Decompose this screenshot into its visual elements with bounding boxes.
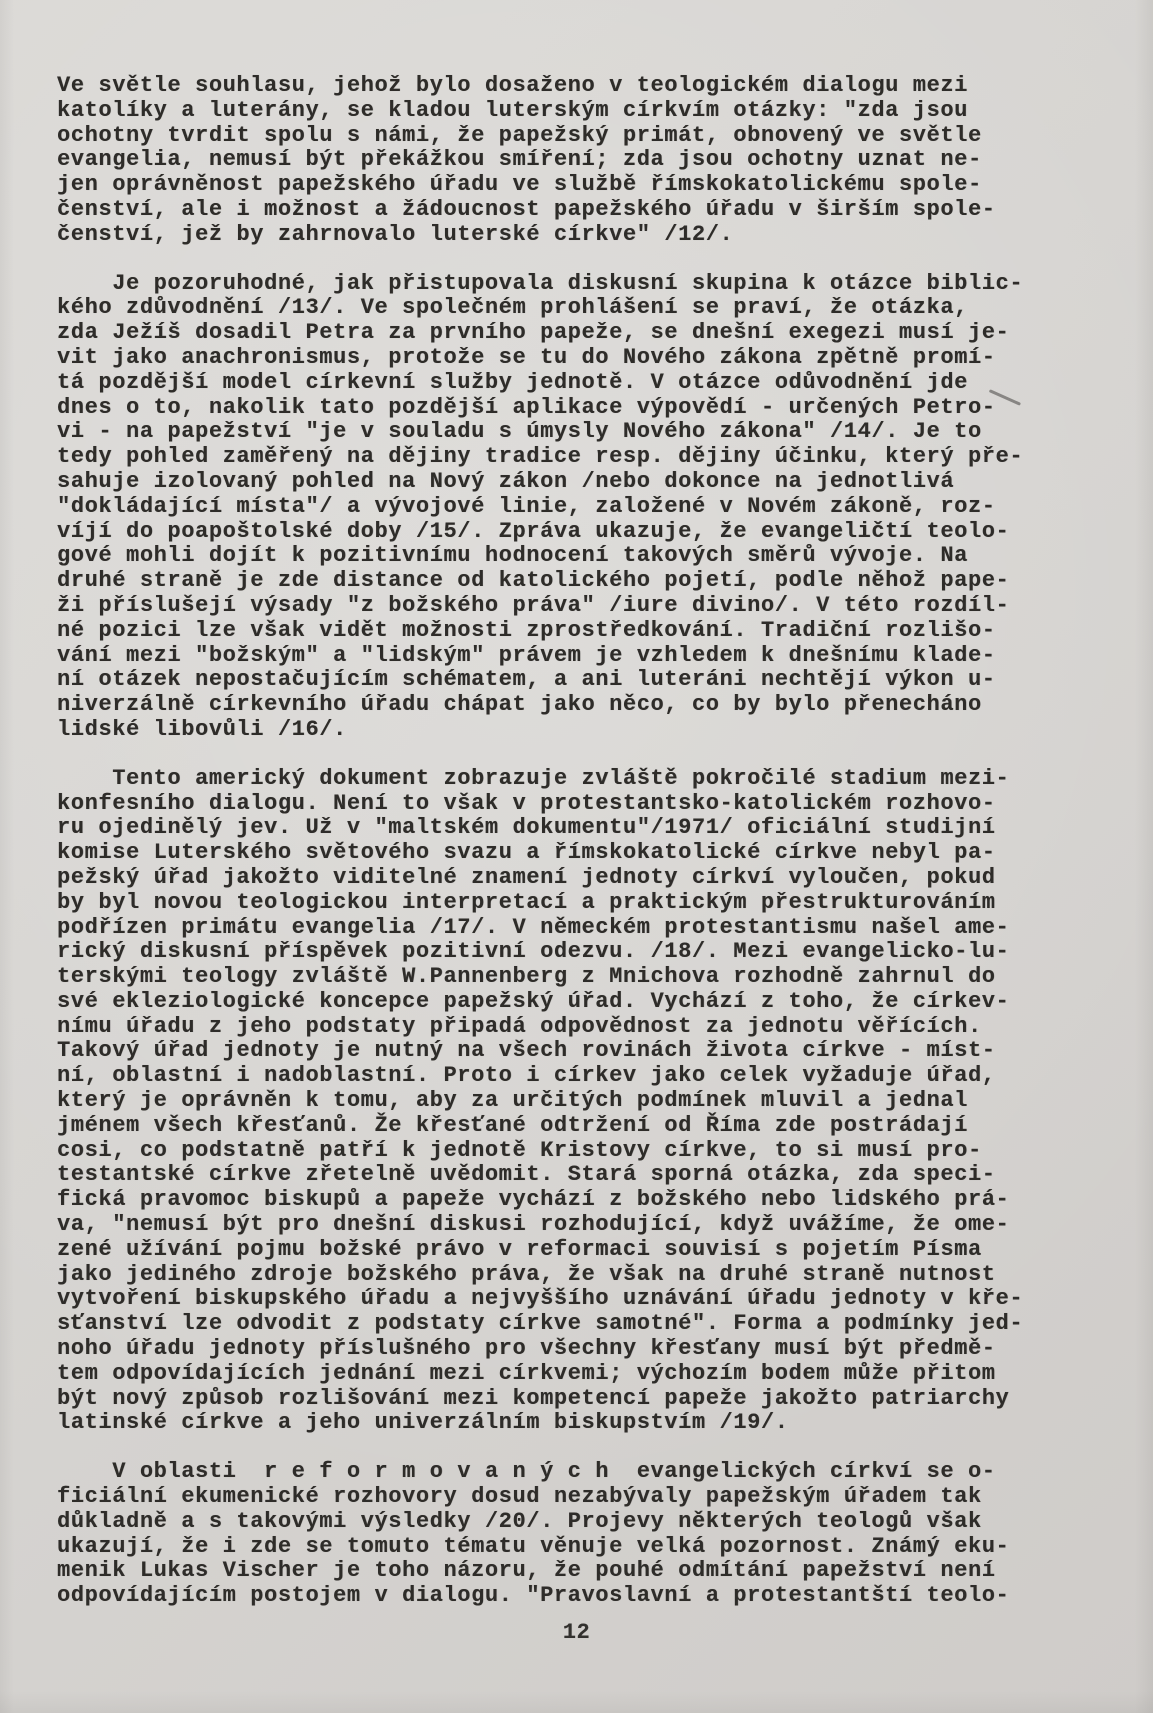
page-number: 12 xyxy=(0,1620,1153,1645)
paragraph-1: Ve světle souhlasu, jehož bylo dosaženo … xyxy=(57,74,1097,248)
scanned-document-page: Ve světle souhlasu, jehož bylo dosaženo … xyxy=(0,0,1153,1713)
text-block: Ve světle souhlasu, jehož bylo dosaženo … xyxy=(57,74,1097,1633)
paragraph-2: Je pozoruhodné, jak přistupovala diskusn… xyxy=(57,272,1097,743)
paragraph-4: V oblasti r e f o r m o v a n ý c h evan… xyxy=(57,1460,1097,1609)
paragraph-3: Tento americký dokument zobrazuje zvlášt… xyxy=(57,767,1097,1437)
